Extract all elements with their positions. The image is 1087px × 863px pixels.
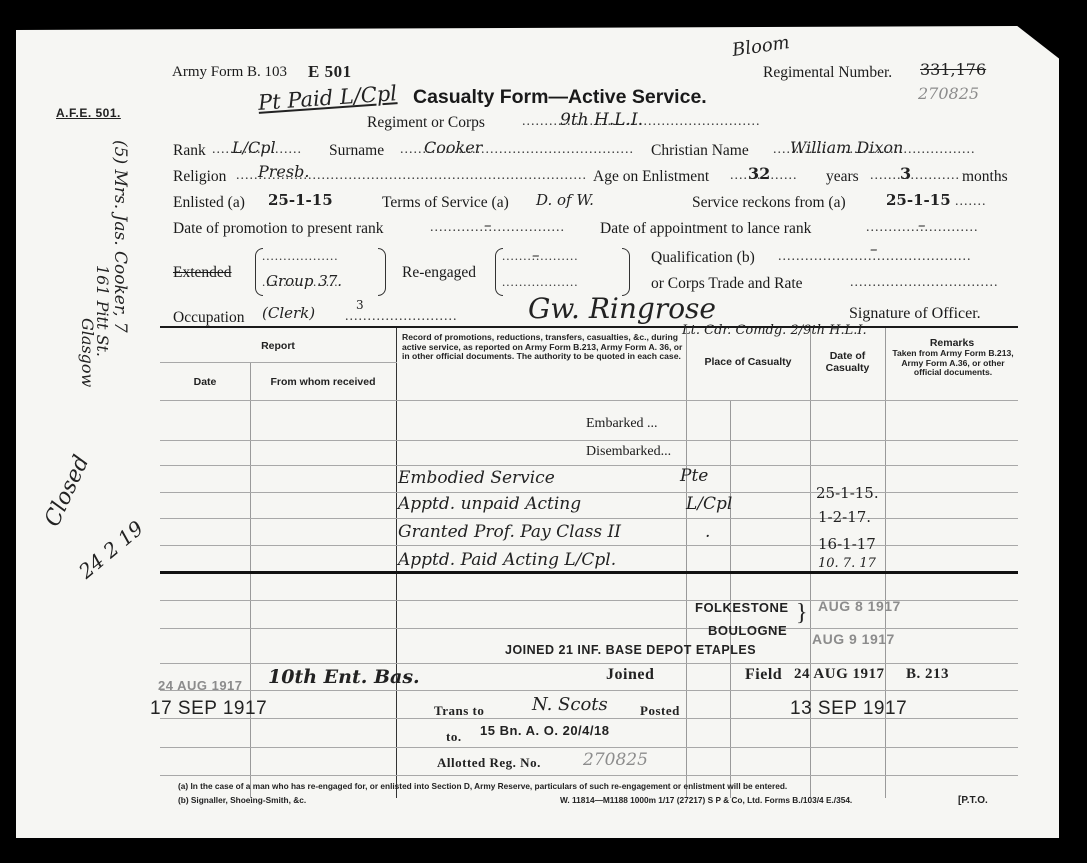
- header-date-casualty: Date of Casualty: [810, 350, 885, 374]
- page-title: Casualty Form—Active Service.: [413, 86, 707, 109]
- lance-label: Date of appointment to lance rank: [600, 220, 811, 238]
- years-label: years: [826, 168, 859, 186]
- age-years[interactable]: 32: [748, 164, 770, 183]
- header-divider: [160, 326, 1018, 328]
- religion-label: Religion: [173, 168, 226, 186]
- row-line: [160, 518, 1018, 519]
- allotted-value: 270825: [583, 750, 648, 770]
- print-reference: W. 11814—M1188 1000m 1/17 (27217) S P & …: [560, 795, 852, 805]
- col-divider-place: [686, 328, 687, 798]
- regiment-value[interactable]: 9th H.L.I.: [560, 110, 643, 130]
- occupation-dots: .........................: [345, 309, 458, 325]
- stamp-folkestone: FOLKESTONE: [695, 600, 789, 615]
- record-row-3-date: 16-1-17: [818, 535, 876, 553]
- reckons-dots: .......: [955, 194, 987, 210]
- col-divider-place-sub: [730, 400, 731, 798]
- margin-ref: A.F.E. 501.: [56, 106, 121, 120]
- row-line: [160, 747, 1018, 748]
- enlisted-value[interactable]: 25-1-15: [268, 191, 333, 209]
- terms-value[interactable]: D. of W.: [536, 191, 594, 209]
- christian-name-value[interactable]: William Dixon: [790, 138, 903, 157]
- record-row-1-rank: Pte: [680, 466, 708, 486]
- lance-value[interactable]: –: [918, 216, 926, 234]
- record-row-4: Apptd. Paid Acting L/Cpl.: [398, 550, 616, 570]
- trade-label: or Corps Trade and Rate: [651, 275, 803, 293]
- signature-label: Signature of Officer.: [849, 305, 981, 323]
- occupation-label: Occupation: [173, 309, 244, 327]
- posted-label: Posted: [640, 703, 680, 719]
- occupation-value[interactable]: (Clerk): [262, 304, 315, 322]
- regimental-number-label: Regimental Number.: [763, 64, 892, 82]
- regimental-number-old: 331,176: [920, 60, 986, 79]
- months-dots: ....................: [870, 168, 960, 184]
- record-row-1-date: 25-1-15.: [816, 484, 879, 502]
- row-line: [160, 690, 1018, 691]
- pto-label: [P.T.O.: [958, 795, 988, 806]
- footnote-b: (b) Signaller, Shoeing-Smith, &c.: [178, 795, 306, 805]
- record-row-2: Apptd. unpaid Acting: [398, 494, 581, 514]
- record-row-1: Embodied Service: [398, 468, 555, 488]
- surname-label: Surname: [329, 142, 384, 160]
- record-row-2-date: 1-2-17.: [818, 508, 871, 526]
- surname-value[interactable]: Cooker: [424, 138, 482, 157]
- record-row-2-rank: L/Cpl: [686, 494, 732, 514]
- extended-label: Extended: [173, 264, 232, 282]
- promotion-label: Date of promotion to present rank: [173, 220, 383, 238]
- header-date: Date: [160, 376, 250, 388]
- extended-value[interactable]: Group 37.: [266, 272, 342, 290]
- promotion-value[interactable]: –: [484, 216, 492, 234]
- brace-icon: }: [796, 600, 808, 627]
- to-value: 15 Bn. A. O. 20/4/18: [480, 723, 609, 738]
- reengaged-dots-2: ..................: [502, 274, 579, 290]
- terms-label: Terms of Service (a): [382, 194, 509, 212]
- row-line: [160, 628, 1018, 629]
- joined-label: Joined: [606, 666, 654, 684]
- reengaged-value[interactable]: –: [532, 246, 540, 264]
- allotted-label: Allotted Reg. No.: [437, 755, 541, 771]
- trans-value: N. Scots: [532, 694, 608, 715]
- margin-address-line1: (5) Mrs. Jas. Cooker, 7: [110, 140, 130, 333]
- officer-note: Lt. Cdr. Comdg. 2/9th H.L.I.: [682, 323, 867, 338]
- disembarked-label: Disembarked...: [586, 444, 671, 460]
- report-date-1: 24 AUG 1917: [158, 678, 243, 693]
- margin-address-line3: Glasgow: [78, 318, 97, 387]
- reckons-label: Service reckons from (a): [692, 194, 846, 212]
- posted-date: 13 SEP 1917: [790, 698, 907, 720]
- report-date-2: 17 SEP 1917: [150, 698, 267, 720]
- regiment-label: Regiment or Corps: [367, 114, 485, 132]
- header-report: Report: [160, 340, 396, 352]
- enlisted-label: Enlisted (a): [173, 194, 245, 212]
- stamp-aug9: AUG 9 1917: [812, 631, 895, 647]
- embarked-label: Embarked ...: [586, 416, 658, 432]
- promotion-dots: ..............................: [430, 220, 565, 236]
- rank-label: Rank: [173, 142, 206, 160]
- trade-dots: .................................: [850, 275, 999, 291]
- col-divider-record: [396, 328, 397, 798]
- christian-name-label: Christian Name: [651, 142, 749, 160]
- report-subheader-line: [160, 362, 397, 363]
- field-date: 24 AUG 1917: [794, 666, 885, 683]
- reengaged-dots-1: ..................: [502, 248, 579, 264]
- age-label: Age on Enlistment: [593, 168, 709, 186]
- col-divider-date-casualty: [810, 328, 811, 798]
- row-line: [160, 775, 1018, 776]
- rank-value[interactable]: L/Cpl: [232, 138, 276, 157]
- record-row-3: Granted Prof. Pay Class II: [398, 522, 621, 542]
- record-row-4-date: 10. 7. 17: [818, 556, 876, 571]
- header-bottom-line: [160, 400, 1018, 401]
- col-divider-date: [250, 362, 251, 798]
- row-line: [160, 492, 1018, 493]
- header-place: Place of Casualty: [686, 356, 810, 368]
- reengaged-label: Re-engaged: [402, 264, 476, 282]
- stamp-boulogne: BOULOGNE: [708, 623, 787, 638]
- extended-dots-1: ..................: [262, 248, 339, 264]
- extended-brace-right: [378, 248, 386, 296]
- row-line: [160, 440, 1018, 441]
- stamp-code: E 501: [308, 62, 352, 82]
- trans-label: Trans to: [434, 703, 484, 719]
- stamp-joined-depot: JOINED 21 INF. BASE DEPOT ETAPLES: [505, 643, 756, 657]
- record-row-3-mark: .: [705, 522, 710, 542]
- report-from-1: 10th Ent. Bas.: [268, 666, 420, 688]
- regimental-number-new: 270825: [918, 84, 979, 103]
- form-id: Army Form B. 103: [172, 64, 287, 81]
- header-remarks-body: Taken from Army Form B.213, Army Form A.…: [890, 349, 1016, 378]
- qualification-value[interactable]: –: [870, 240, 878, 258]
- col-divider-remarks: [885, 328, 886, 798]
- age-months[interactable]: 3: [900, 164, 911, 183]
- header-record: Record of promotions, reductions, transf…: [402, 333, 684, 362]
- religion-value[interactable]: Presb.: [258, 162, 309, 181]
- reengaged-brace-right: [622, 248, 630, 296]
- reckons-value[interactable]: 25-1-15: [886, 191, 951, 209]
- field-ref: B. 213: [906, 666, 949, 683]
- row-line: [160, 545, 1018, 546]
- months-label: months: [962, 168, 1008, 186]
- record-divider: [160, 571, 1018, 574]
- footnote-a: (a) In the case of a man who has re-enga…: [178, 781, 787, 791]
- field-label: Field: [745, 666, 782, 684]
- stamp-aug8: AUG 8 1917: [818, 598, 901, 614]
- qualification-label: Qualification (b): [651, 249, 755, 267]
- officer-signature: Gw. Ringrose: [528, 292, 716, 325]
- row-line: [160, 465, 1018, 466]
- row-line: [160, 663, 1018, 664]
- to-label: to.: [446, 729, 462, 745]
- header-from-whom: From whom received: [250, 376, 396, 388]
